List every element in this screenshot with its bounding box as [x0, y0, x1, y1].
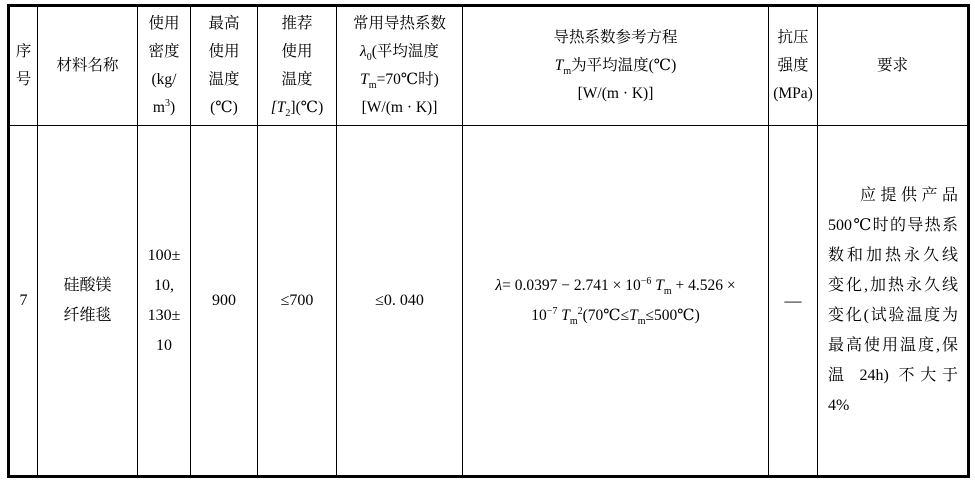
header-density: 使用 密度 (kg/ m3) [138, 6, 191, 126]
header-max-temp-line1: 最高 [191, 10, 257, 38]
eq-base2: 10 [531, 307, 547, 324]
header-compressive-strength: 抗压 强度 (MPa) [769, 6, 818, 126]
eq-tm2: T [557, 307, 570, 324]
equation-line2: 10−7 Tm2(70℃≤Tm≤500℃) [463, 301, 768, 331]
lambda-symbol: λ [360, 43, 367, 60]
requirement-line2: 500℃时的导热系 [828, 211, 958, 241]
header-conductivity-line3: Tm=70℃时) [337, 66, 462, 94]
header-material-label: 材料名称 [38, 52, 137, 80]
header-density-line1: 使用 [138, 10, 190, 38]
cell-material-name: 硅酸镁 纤维毯 [38, 126, 138, 477]
header-density-line2: 密度 [138, 38, 190, 66]
cell-seq: 7 [9, 126, 38, 477]
rec-temp-symbol-unit: ](℃) [290, 99, 323, 116]
requirement-line3: 数和加热永久线 [828, 241, 958, 271]
header-recommended-temp: 推荐 使用 温度 [T2](℃) [258, 6, 337, 126]
max-temp-value: 900 [191, 286, 257, 316]
header-max-temp: 最高 使用 温度 (℃) [191, 6, 258, 126]
seq-value: 7 [10, 286, 37, 316]
cell-recommended-temp: ≤700 [258, 126, 337, 477]
requirement-line5: 变化(试验温度为 [828, 301, 958, 331]
header-common-conductivity: 常用导热系数 λ0(平均温度 Tm=70℃时) [W/(m · K)] [337, 6, 463, 126]
requirement-line6: 最高使用温度,保 [828, 331, 958, 361]
requirement-line1: 应提供产品 [828, 181, 958, 211]
tm-subscript: m [369, 80, 377, 91]
density-value-line1: 100± [138, 241, 190, 271]
header-conductivity-line1: 常用导热系数 [337, 10, 462, 38]
requirement-line7: 温 24h) 不大于 [828, 361, 958, 391]
header-conductivity-equation: 导热系数参考方程 Tm为平均温度(℃) [W/(m · K)] [463, 6, 769, 126]
header-compressive-unit: (MPa) [769, 80, 817, 108]
material-name-line1: 硅酸镁 [38, 271, 137, 301]
density-value-line4: 10 [138, 331, 190, 361]
lambda-note: (平均温度 [372, 43, 439, 60]
equation-tm-note: 为平均温度(℃) [571, 57, 676, 74]
rec-temp-value: ≤700 [258, 286, 336, 316]
header-requirement-label: 要求 [818, 52, 967, 80]
eq-tm3-sub: m [638, 316, 646, 327]
density-unit-base: m [153, 99, 165, 116]
material-name-line2: 纤维毯 [38, 301, 137, 331]
cell-compressive-strength: — [769, 126, 818, 477]
header-conductivity-unit: [W/(m · K)] [337, 94, 462, 122]
table-header-row: 序 号 材料名称 使用 密度 (kg/ m3) 最高 使用 温度 (℃) 推荐 … [9, 6, 969, 126]
eq-range-open: (70℃≤ [583, 307, 630, 324]
eq-tm2-sub: m [570, 316, 578, 327]
header-rec-temp-line1: 推荐 [258, 10, 336, 38]
rec-temp-symbol-base: [T [271, 99, 286, 116]
eq-tm1: T [651, 277, 664, 294]
eq-terms1: = 0.0397 − 2.741 × 10 [502, 277, 641, 294]
density-value-line2: 10, [138, 271, 190, 301]
header-rec-temp-symbol: [T2](℃) [258, 94, 336, 122]
header-compressive-line2: 强度 [769, 52, 817, 80]
eq-terms2: + 4.526 × [672, 277, 736, 294]
header-max-temp-line2: 使用 [191, 38, 257, 66]
equation-tm-subscript: m [563, 66, 571, 77]
material-spec-table: 序 号 材料名称 使用 密度 (kg/ m3) 最高 使用 温度 (℃) 推荐 … [7, 4, 970, 478]
header-density-line3: (kg/ [138, 66, 190, 94]
eq-tm1-sub: m [664, 286, 672, 297]
requirement-line4: 变化,加热永久线 [828, 271, 958, 301]
header-seq-line2: 号 [10, 66, 37, 94]
cell-density: 100± 10, 130± 10 [138, 126, 191, 477]
header-density-line4: m3) [138, 94, 190, 122]
header-equation-line1: 导热系数参考方程 [463, 24, 768, 52]
tm-condition: =70℃时) [377, 71, 439, 88]
header-requirement: 要求 [818, 6, 969, 126]
header-max-temp-unit: (℃) [191, 94, 257, 122]
header-seq: 序 号 [9, 6, 38, 126]
header-material-name: 材料名称 [38, 6, 138, 126]
cell-common-conductivity: ≤0. 040 [337, 126, 463, 477]
cell-conductivity-equation: λ= 0.0397 − 2.741 × 10−6 Tm + 4.526 × 10… [463, 126, 769, 477]
eq-range-close: ≤500℃) [646, 307, 700, 324]
header-rec-temp-line3: 温度 [258, 66, 336, 94]
scanned-document-page: 序 号 材料名称 使用 密度 (kg/ m3) 最高 使用 温度 (℃) 推荐 … [0, 0, 975, 484]
compressive-value-dash: — [769, 286, 817, 316]
cell-max-temp: 900 [191, 126, 258, 477]
header-rec-temp-line2: 使用 [258, 38, 336, 66]
header-compressive-line1: 抗压 [769, 24, 817, 52]
header-max-temp-line3: 温度 [191, 66, 257, 94]
table-data-row: 7 硅酸镁 纤维毯 100± 10, 130± 10 900 ≤700 ≤0. … [9, 126, 969, 477]
header-equation-line2: Tm为平均温度(℃) [463, 52, 768, 80]
conductivity-value: ≤0. 040 [337, 286, 462, 316]
eq-exponent2: −7 [547, 306, 558, 317]
header-equation-unit: [W/(m · K)] [463, 80, 768, 108]
header-seq-line1: 序 [10, 38, 37, 66]
header-conductivity-line2: λ0(平均温度 [337, 38, 462, 66]
tm-symbol: T [360, 71, 369, 88]
density-unit-close: ) [170, 99, 175, 116]
eq-tm3: T [629, 307, 638, 324]
eq-exponent1: −6 [641, 276, 652, 287]
density-value-line3: 130± [138, 301, 190, 331]
cell-requirement: 应提供产品 500℃时的导热系 数和加热永久线 变化,加热永久线 变化(试验温度… [818, 126, 969, 477]
requirement-line8: 4% [828, 391, 958, 421]
equation-line1: λ= 0.0397 − 2.741 × 10−6 Tm + 4.526 × [463, 271, 768, 301]
